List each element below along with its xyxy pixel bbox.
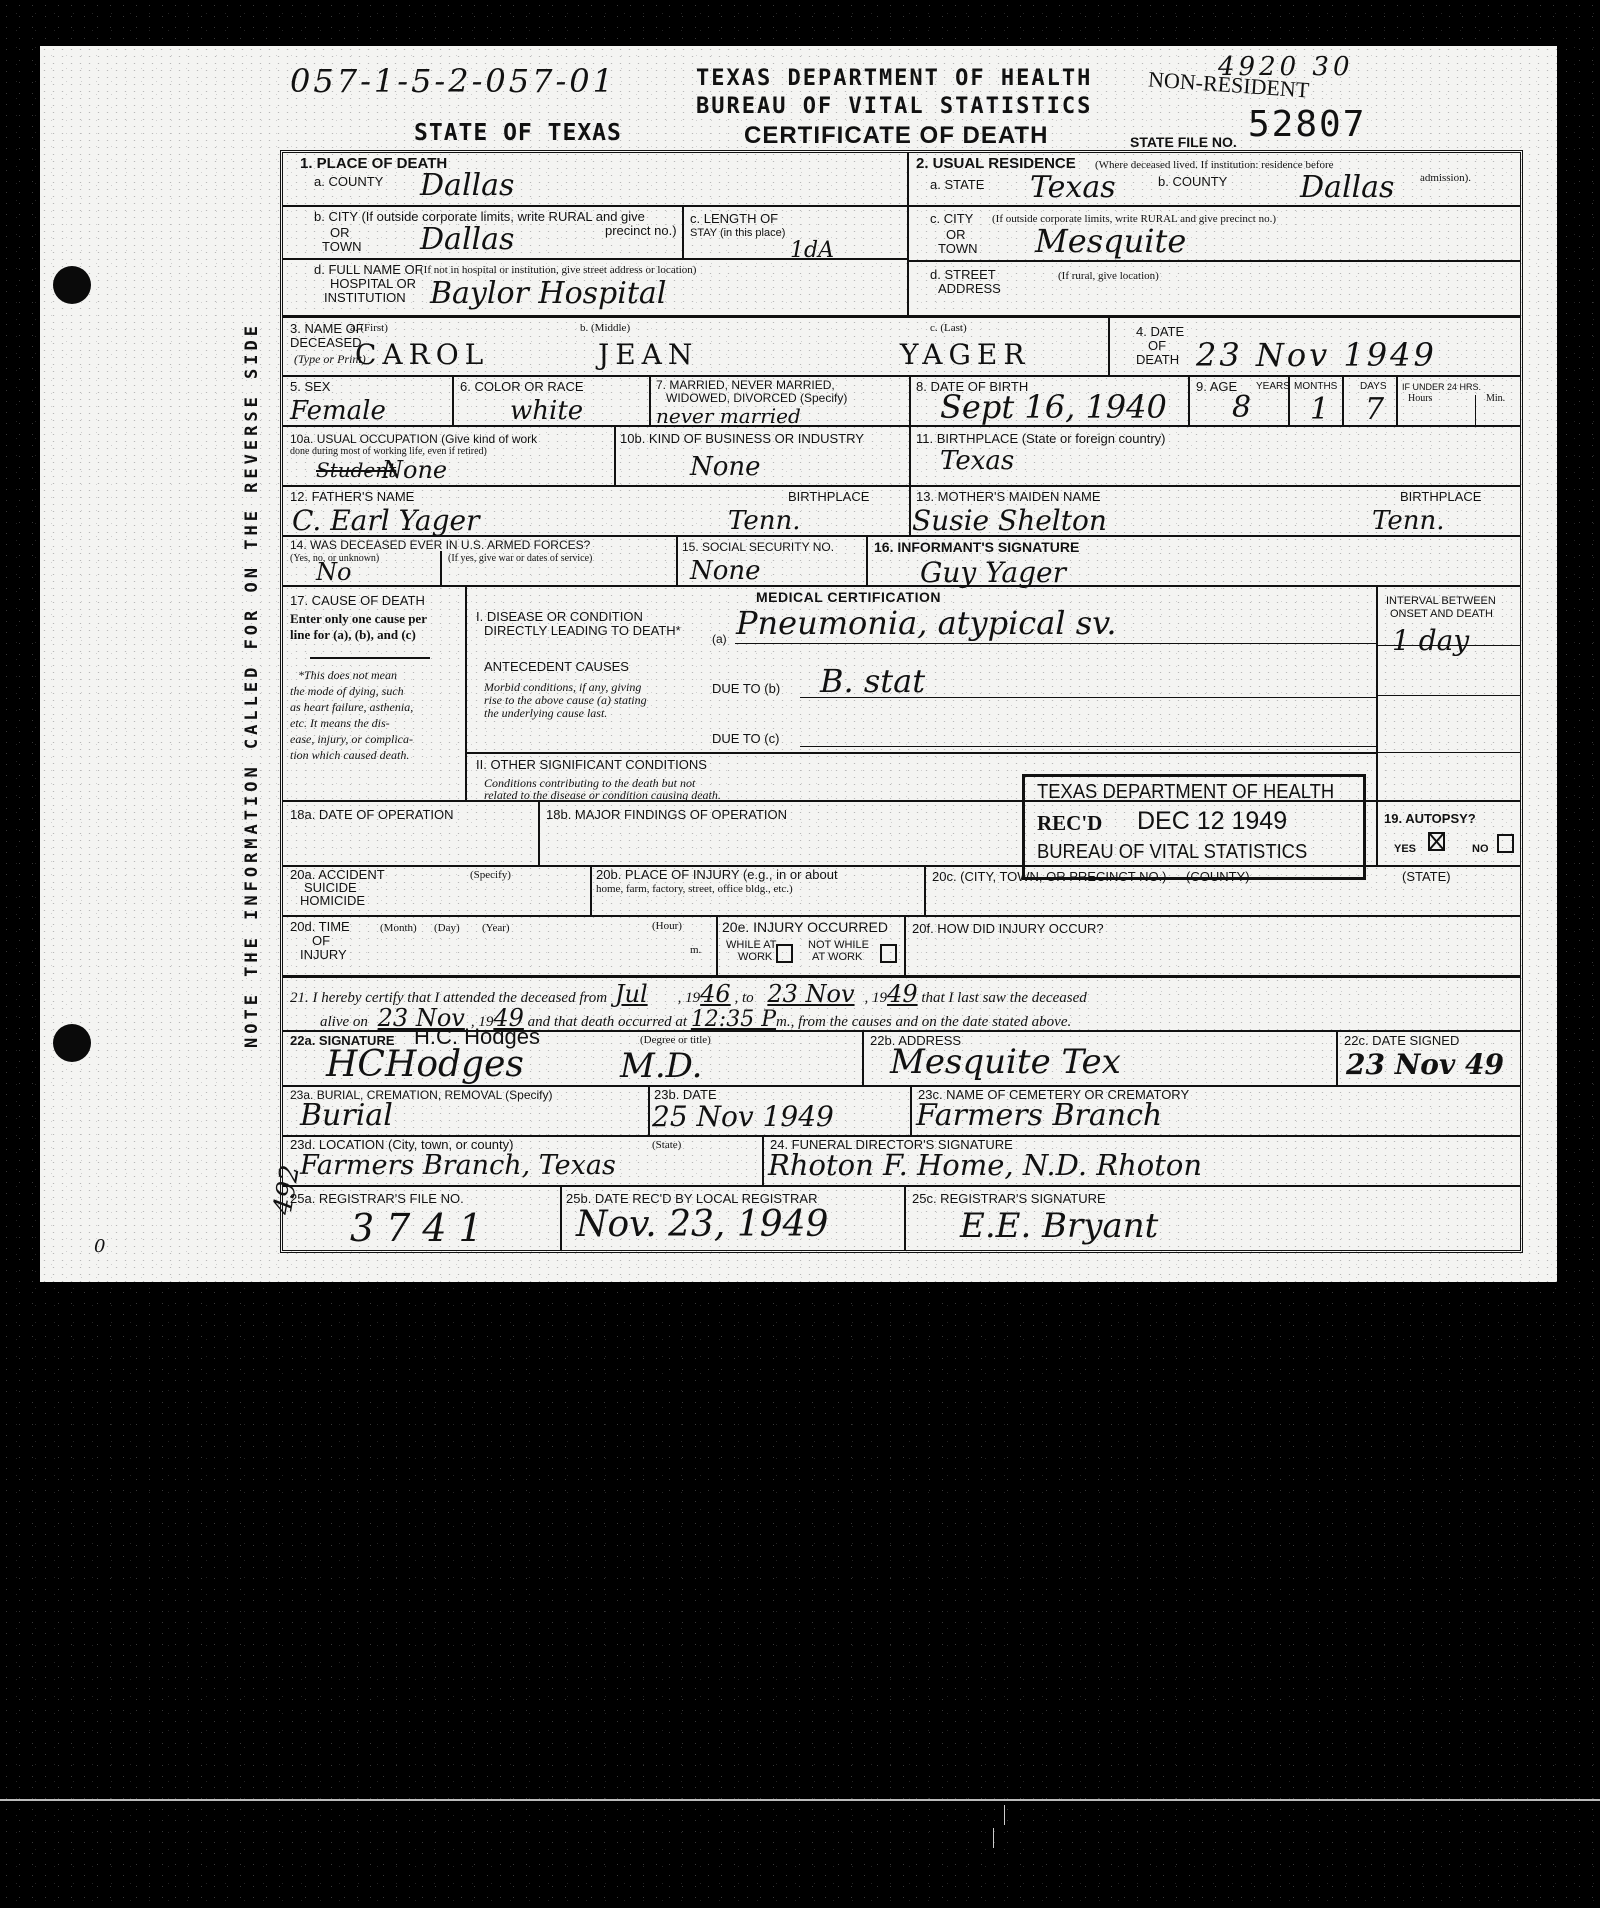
burial-value: Burial [300, 1098, 393, 1133]
stamp-line-1: TEXAS DEPARTMENT OF HEALTH [1037, 781, 1334, 804]
stamp-line-3: BUREAU OF VITAL STATISTICS [1037, 841, 1307, 864]
length-of-stay-label-2: STAY (in this place) [690, 226, 785, 240]
antecedent-label: ANTECEDENT CAUSES [484, 660, 629, 674]
footnote-line: as heart failure, asthenia, [290, 700, 413, 714]
length-of-stay-label: c. LENGTH OF [690, 212, 778, 226]
antecedent-note-line: the underlying cause last. [484, 706, 607, 720]
middle-name-value: JEAN [598, 338, 698, 371]
residence-city-value: Mesquite [1035, 222, 1186, 260]
armed-war-label: (If yes, give war or dates of service) [448, 553, 592, 565]
scan-artifact-mark [1004, 1805, 1005, 1825]
cause-b-value: B. stat [820, 662, 925, 700]
footnote-line: etc. It means the dis- [290, 716, 390, 730]
last-name-value: YAGER [900, 338, 1030, 371]
armed-forces-label: 14. WAS DECEASED EVER IN U.S. ARMED FORC… [290, 538, 590, 552]
date-signed-value: 23 Nov 49 [1346, 1048, 1504, 1081]
divider [1336, 1032, 1338, 1085]
document-code: 057-1-5-2-057-01 [290, 62, 616, 100]
usual-residence-note: (Where deceased lived. If institution: r… [1095, 159, 1334, 171]
physician-signature: HCHodges [326, 1044, 524, 1085]
registrar-file-label: 25a. REGISTRAR'S FILE NO. [290, 1192, 464, 1206]
divider [282, 585, 1521, 587]
birthplace-value: Texas [940, 446, 1014, 476]
divider [862, 1032, 864, 1085]
residence-state-value: Texas [1030, 170, 1116, 205]
scan-artifact-mark [993, 1828, 994, 1848]
degree-label: (Degree or title) [640, 1034, 711, 1046]
time-of-injury-label-2: OF [312, 934, 330, 948]
state-file-number: 52807 [1248, 104, 1366, 145]
divider [909, 427, 911, 485]
hospital-label-3: INSTITUTION [324, 291, 406, 305]
mother-value: Susie Shelton [912, 504, 1107, 537]
reverse-side-note: NOTE THE INFORMATION CALLED FOR ON THE R… [242, 322, 262, 1048]
work-label: WORK [738, 950, 772, 964]
divider [1475, 395, 1476, 425]
due-to-c-label: DUE TO (c) [712, 732, 779, 746]
dob-value: Sept 16, 1940 [940, 388, 1167, 426]
how-injury-label: 20f. HOW DID INJURY OCCUR? [912, 922, 1104, 936]
day-label: (Day) [434, 922, 460, 934]
sex-label: 5. SEX [290, 380, 330, 394]
hospital-value: Baylor Hospital [430, 276, 666, 311]
cemetery-value: Farmers Branch [916, 1098, 1162, 1133]
disease-label: I. DISEASE OR CONDITION [476, 610, 643, 624]
operation-date-label: 18a. DATE OF OPERATION [290, 808, 454, 822]
month-label: (Month) [380, 922, 417, 934]
divider [904, 1187, 906, 1251]
footnote-line: *This does not mean [298, 668, 397, 682]
hospital-label: d. FULL NAME OF [314, 263, 423, 277]
antecedent-note-line: rise to the above cause (a) stating [484, 693, 647, 707]
age-months-value: 1 [1310, 392, 1329, 427]
occupation-label: 10a. USUAL OCCUPATION (Give kind of work [290, 432, 537, 446]
other-conditions-label: II. OTHER SIGNIFICANT CONDITIONS [476, 758, 707, 772]
residence-county-label: b. COUNTY [1158, 175, 1227, 189]
race-label: 6. COLOR OR RACE [460, 380, 584, 394]
registrar-file-value: 3741 [350, 1206, 495, 1250]
not-while-at-work-checkbox[interactable] [880, 944, 897, 963]
cause-note-line: Enter only one cause per [290, 612, 427, 626]
age-years-value: 8 [1232, 390, 1251, 425]
footnote-line: ease, injury, or complica- [290, 732, 413, 746]
marital-label: 7. MARRIED, NEVER MARRIED, [656, 378, 835, 392]
place-county-value: Dallas [420, 168, 514, 203]
residence-state-label: a. STATE [930, 178, 984, 192]
divider [538, 802, 540, 865]
cert-text: alive on [320, 1014, 368, 1030]
divider [452, 377, 454, 425]
precinct-label: precinct no.) [605, 224, 677, 238]
divider [282, 1185, 1521, 1187]
business-value: None [690, 452, 761, 482]
autopsy-yes-label: YES [1394, 842, 1416, 856]
place-of-injury-label: 20b. PLACE OF INJURY (e.g., in or about [596, 868, 838, 882]
agency-line-2: BUREAU OF VITAL STATISTICS [696, 94, 1092, 119]
length-of-stay-value: 1dA [790, 238, 834, 263]
state-file-label: STATE FILE NO. [1130, 134, 1237, 150]
divider [1376, 802, 1378, 865]
location-value: Farmers Branch, Texas [300, 1150, 616, 1181]
specify-label: (Specify) [470, 869, 511, 881]
sex-value: Female [290, 396, 386, 426]
registrar-signature: E.E. Bryant [960, 1206, 1158, 1246]
line-c-rule [800, 746, 1376, 747]
registrar-signature-label: 25c. REGISTRAR'S SIGNATURE [912, 1192, 1106, 1206]
injury-occurred-label: 20e. INJURY OCCURRED [722, 920, 888, 934]
divider [910, 1087, 912, 1135]
autopsy-no-label: NO [1472, 842, 1489, 856]
marital-label-2: WIDOWED, DIVORCED (Specify) [666, 391, 847, 405]
check-x-icon [1430, 834, 1443, 849]
divider [904, 917, 906, 975]
divider [1378, 695, 1521, 696]
autopsy-label: 19. AUTOPSY? [1384, 812, 1476, 826]
mother-birthplace-value: Tenn. [1372, 506, 1444, 536]
birthplace-label: 11. BIRTHPLACE (State or foreign country… [916, 432, 1166, 446]
degree-value: M.D. [620, 1046, 702, 1086]
scan-artifact-line [0, 1799, 1600, 1801]
divider [909, 260, 1521, 262]
residence-county-value: Dallas [1300, 170, 1394, 205]
registrar-date-value: Nov. 23, 1949 [576, 1204, 828, 1245]
footnote-line: the mode of dying, such [290, 684, 404, 698]
hours-label: Hours [1408, 393, 1432, 405]
divider [1342, 377, 1344, 425]
time-of-injury-label: 20d. TIME [290, 920, 350, 934]
disease-label-2: DIRECTLY LEADING TO DEATH* [484, 624, 681, 638]
date-of-death-label-2: OF [1148, 339, 1166, 353]
divider [648, 1087, 650, 1135]
autopsy-no-checkbox[interactable] [1497, 834, 1514, 853]
divider [682, 205, 684, 258]
divider [282, 915, 1521, 917]
divider [282, 975, 1521, 978]
usual-residence-note-2: admission). [1420, 172, 1471, 184]
street-label: d. STREET [930, 268, 996, 282]
ssn-value: None [690, 556, 761, 586]
town-label: TOWN [322, 240, 361, 254]
divider [907, 152, 909, 315]
informant-value: Guy Yager [920, 556, 1066, 589]
middle-name-label: b. (Middle) [580, 322, 630, 334]
father-birthplace-label: BIRTHPLACE [788, 490, 869, 504]
antecedent-note-line: Morbid conditions, if any, giving [484, 680, 641, 694]
operation-findings-label: 18b. MAJOR FINDINGS OF OPERATION [546, 808, 787, 822]
occupation-value: None [382, 456, 447, 484]
date-of-death-value: 23 Nov 1949 [1196, 336, 1437, 374]
cause-note-line: line for (a), (b), and (c) [290, 628, 416, 642]
name-label-2: DECEASED [290, 336, 362, 350]
interval-value: 1 day [1392, 624, 1469, 657]
funeral-director-value: Rhoton F. Home, N.D. Rhoton [768, 1148, 1202, 1182]
handwritten-reference: 4920 30 [1218, 52, 1354, 82]
at-work-label: AT WORK [812, 950, 862, 964]
business-label: 10b. KIND OF BUSINESS OR INDUSTRY [620, 432, 864, 446]
last-name-label: c. (Last) [930, 322, 967, 334]
divider [716, 917, 718, 975]
divider [282, 315, 1521, 318]
divider [1108, 317, 1110, 375]
mother-label: 13. MOTHER'S MAIDEN NAME [916, 490, 1101, 504]
homicide-label: HOMICIDE [300, 894, 365, 908]
divider [440, 551, 442, 585]
father-label: 12. FATHER'S NAME [290, 490, 414, 504]
informant-label: 16. INFORMANT'S SIGNATURE [874, 540, 1079, 554]
mother-birthplace-label: BIRTHPLACE [1400, 490, 1481, 504]
injury-county-label: (COUNTY) [1186, 870, 1250, 884]
hour-label: (Hour) [652, 920, 682, 932]
residence-city-label: c. CITY [930, 212, 973, 226]
time-of-injury-label-3: INJURY [300, 948, 347, 962]
line-a-rule [735, 643, 1376, 644]
year-label: (Year) [482, 922, 510, 934]
marital-value: never married [656, 404, 801, 428]
interval-label-2: ONSET AND DEATH [1390, 607, 1493, 621]
divider [590, 867, 592, 915]
stamp-recd-prefix: REC'D [1037, 811, 1102, 836]
town-label: TOWN [938, 242, 977, 256]
divider [465, 587, 467, 800]
hospital-label-2: HOSPITAL OR [330, 277, 416, 291]
or-label: OR [946, 228, 966, 242]
divider [1378, 752, 1521, 753]
or-label: OR [330, 226, 350, 240]
place-of-injury-label-2: home, farm, factory, street, office bldg… [596, 883, 793, 895]
address-value: Mesquite Tex [890, 1042, 1121, 1082]
divider [866, 537, 868, 585]
ssn-label: 15. SOCIAL SECURITY NO. [682, 540, 834, 554]
divider [676, 537, 678, 585]
divider [282, 425, 1521, 427]
race-value: white [510, 396, 583, 426]
autopsy-yes-checkbox[interactable] [1428, 832, 1445, 851]
footnote-line: tion which caused death. [290, 748, 409, 762]
while-at-work-checkbox[interactable] [776, 944, 793, 963]
divider [560, 1187, 562, 1251]
divider [282, 485, 1521, 487]
m-label: m. [690, 944, 701, 956]
first-name-label: a. (First) [350, 322, 388, 334]
divider [1188, 377, 1190, 425]
usual-residence-label: 2. USUAL RESIDENCE [916, 157, 1076, 171]
divider [909, 487, 911, 535]
divider [649, 377, 651, 425]
divider [909, 377, 911, 425]
date-of-death-label-3: DEATH [1136, 353, 1179, 367]
divider [1396, 377, 1398, 425]
due-to-b-label: DUE TO (b) [712, 682, 780, 696]
divider [762, 1137, 764, 1185]
first-name-value: CAROL [355, 338, 489, 371]
divider [1376, 587, 1378, 800]
binder-hole [53, 266, 91, 304]
divider [924, 867, 926, 915]
father-value: C. Earl Yager [292, 504, 479, 537]
margin-mark: 0 [94, 1236, 105, 1257]
hospital-note: (If not in hospital or institution, give… [420, 264, 696, 276]
place-city-value: Dallas [420, 222, 514, 257]
county-label: a. COUNTY [314, 175, 383, 189]
cert-text: m., from the causes and on the date stat… [776, 1014, 1071, 1030]
burial-date-value: 25 Nov 1949 [652, 1100, 834, 1133]
injury-state-label: (STATE) [1402, 870, 1451, 884]
under-24-label: IF UNDER 24 HRS. [1402, 380, 1481, 394]
father-birthplace-value: Tenn. [728, 506, 800, 536]
other-note-line: related to the disease or condition caus… [484, 788, 721, 802]
street-label-2: ADDRESS [938, 282, 1001, 296]
stamp-received-date: DEC 12 1949 [1137, 807, 1287, 836]
line-a-label: (a) [712, 632, 727, 646]
divider [282, 205, 907, 207]
agency-line-1: TEXAS DEPARTMENT OF HEALTH [696, 66, 1092, 91]
cause-a-value: Pneumonia, atypical sv. [736, 604, 1117, 642]
age-days-value: 7 [1365, 392, 1384, 427]
state-label: STATE OF TEXAS [414, 120, 622, 146]
divider [467, 752, 1376, 754]
divider [614, 427, 616, 485]
years-label: YEARS [1256, 380, 1290, 394]
document-title: CERTIFICATE OF DEATH [744, 122, 1048, 150]
medical-certification-header: MEDICAL CERTIFICATION [756, 590, 941, 604]
binder-hole [53, 1024, 91, 1062]
date-of-death-label: 4. DATE [1136, 325, 1184, 339]
received-stamp: TEXAS DEPARTMENT OF HEALTH REC'D DEC 12 … [1022, 774, 1366, 880]
divider [282, 1085, 1521, 1087]
divider [282, 375, 1521, 377]
min-label: Min. [1486, 393, 1505, 405]
divider [310, 657, 430, 659]
armed-forces-value: No [316, 558, 351, 586]
cause-of-death-label: 17. CAUSE OF DEATH [290, 594, 425, 608]
street-note: (If rural, give location) [1058, 270, 1159, 282]
death-time: 12:35 P [691, 1007, 776, 1032]
date-signed-label: 22c. DATE SIGNED [1344, 1034, 1459, 1048]
divider [909, 205, 1521, 207]
location-state-label: (State) [652, 1139, 681, 1151]
injury-city-label: 20c. (CITY, TOWN, OR PRECINCT NO.) [932, 870, 1167, 884]
cert-text: and that death occurred at [528, 1014, 687, 1030]
interval-label: INTERVAL BETWEEN [1386, 594, 1496, 608]
